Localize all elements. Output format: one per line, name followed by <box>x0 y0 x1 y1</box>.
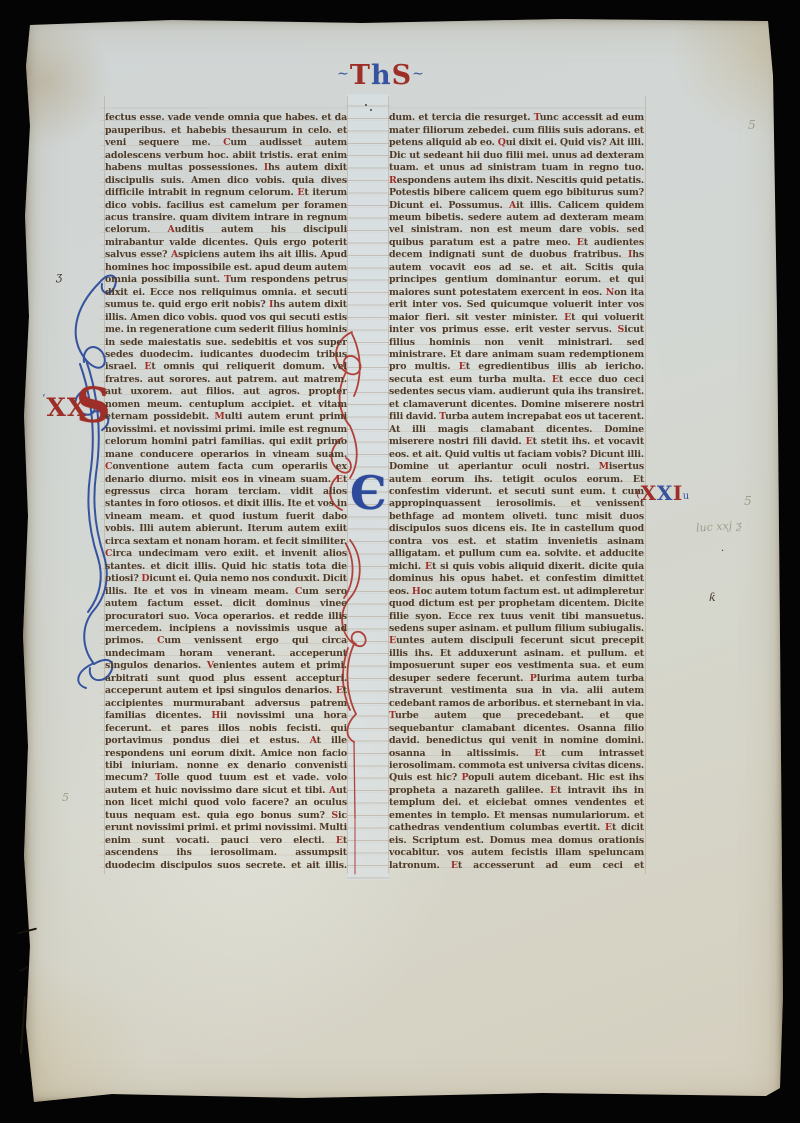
margin-annotation: 5 <box>748 118 756 132</box>
text-column-right: dum. et tercia die resurget. Tunc access… <box>389 112 644 870</box>
xxi-blue-flourish: u <box>683 491 690 502</box>
running-title-letters: ThS <box>350 60 412 91</box>
binding-slit <box>19 966 29 973</box>
ink-speck <box>365 104 367 106</box>
photo-backdrop: ∼ThS∼ ’XX S <box>0 0 800 1123</box>
xxi-letters: XXI <box>641 481 683 505</box>
text-column-left: fectus esse. vade vende omnia que habes.… <box>105 112 347 870</box>
margin-annotation: 5 <box>744 494 752 508</box>
chapter-numeral-xxi: (XXIu <box>636 481 690 505</box>
running-title-left-flourish: ∼ <box>337 66 350 82</box>
chapter-21-initial-e: Є <box>350 470 387 516</box>
margin-annotation: ʒ <box>56 270 62 283</box>
margin-annotation: 5 <box>62 791 69 804</box>
ink-speck <box>370 109 372 111</box>
running-title-right-flourish: ∼ <box>412 66 425 82</box>
binding-slit <box>20 996 26 1054</box>
running-title: ∼ThS∼ <box>326 60 436 91</box>
margin-annotation: ƙ <box>709 591 716 604</box>
margin-annotation: · <box>721 546 724 557</box>
